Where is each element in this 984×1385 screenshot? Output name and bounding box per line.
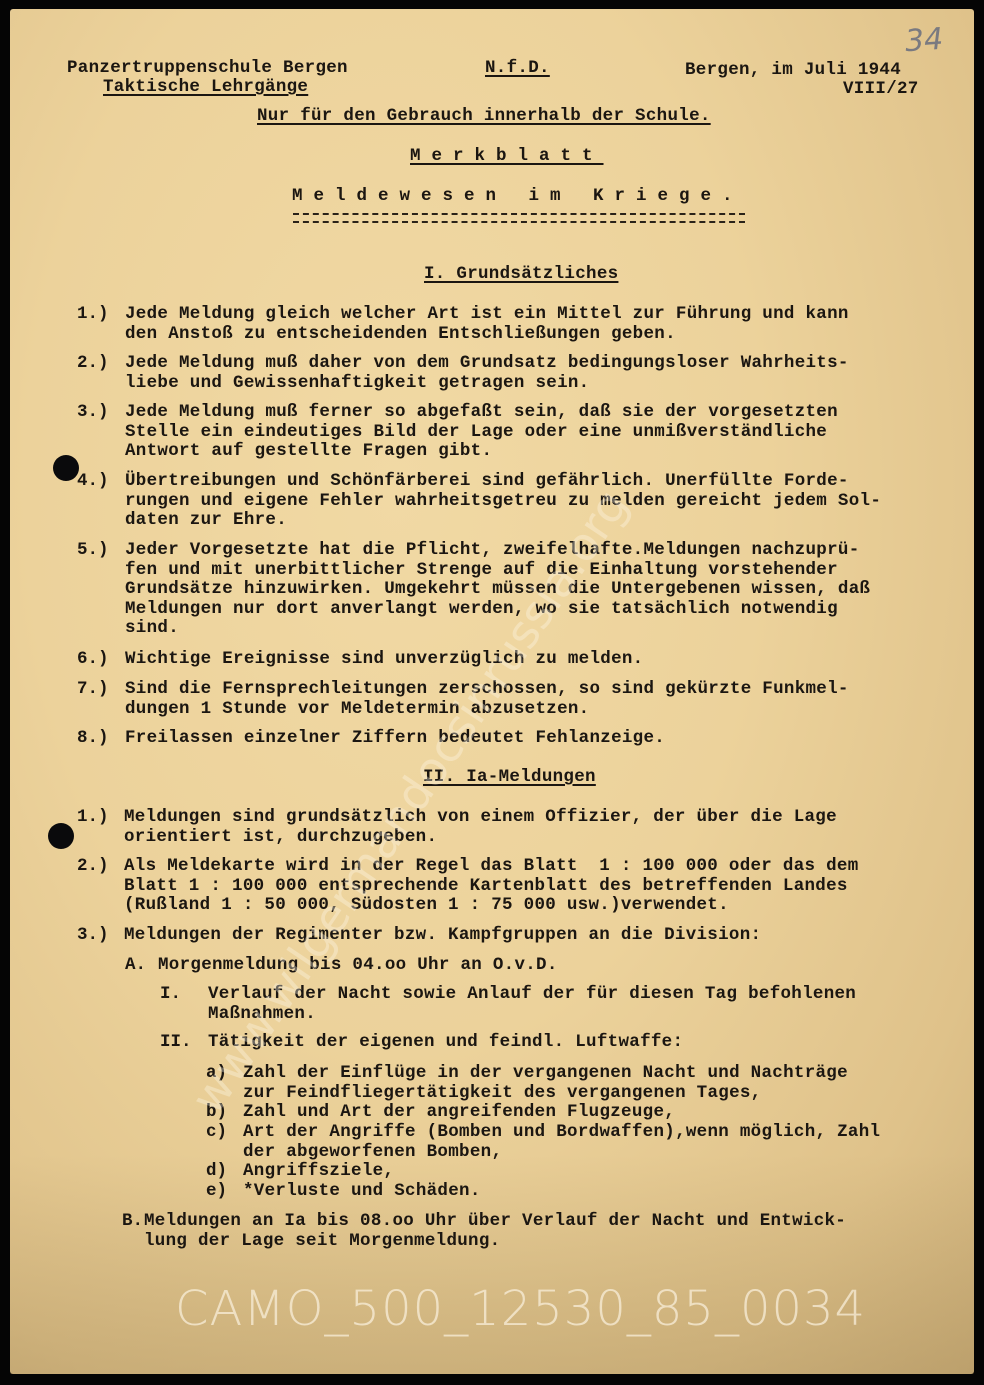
s1-item4-num: 4.): [77, 472, 109, 492]
s1-item2-text: Jede Meldung muß daher von dem Grundsatz…: [125, 354, 849, 393]
letter-a-num: a): [206, 1064, 227, 1084]
sub-a-point1-text: Verlauf der Nacht sowie Anlauf der für d…: [208, 985, 856, 1024]
letter-e-num: e): [206, 1182, 227, 1202]
letter-b-text: Zahl und Art der angreifenden Flugzeuge,: [243, 1103, 675, 1123]
section2-heading: II. Ia-Meldungen: [423, 768, 596, 788]
letter-c-text: Art der Angriffe (Bomben und Bordwaffen)…: [243, 1123, 880, 1162]
section1-heading: I. Grundsätzliches: [424, 265, 618, 285]
s1-item5-text: Jeder Vorgesetzte hat die Pflicht, zweif…: [125, 541, 870, 639]
s1-item1-text: Jede Meldung gleich welcher Art ist ein …: [125, 305, 849, 344]
s2-item1-text: Meldungen sind grundsätzlich von einem O…: [124, 808, 837, 847]
sub-b-text: Meldungen an Ia bis 08.oo Uhr über Verla…: [144, 1212, 846, 1251]
s2-item2-num: 2.): [77, 857, 109, 877]
sub-b-label: B.: [122, 1212, 143, 1232]
classification: N.f.D.: [485, 59, 550, 79]
double-underline: [293, 213, 745, 223]
sub-a-text: Morgenmeldung bis 04.oo Uhr an O.v.D.: [158, 956, 558, 976]
letter-b-num: b): [206, 1103, 227, 1123]
org-line2: Taktische Lehrgänge: [66, 78, 358, 98]
sub-a-point2-text: Tätigkeit der eigenen und feindl. Luftwa…: [208, 1033, 683, 1053]
letter-d-text: Angriffsziele,: [243, 1162, 394, 1182]
sub-a-label: A.: [125, 956, 146, 976]
s1-item1-num: 1.): [77, 305, 109, 325]
s1-item6-text: Wichtige Ereignisse sind unverzüglich zu…: [125, 650, 643, 670]
letter-c-num: c): [206, 1123, 227, 1143]
s1-item3-text: Jede Meldung muß ferner so abgefaßt sein…: [125, 403, 838, 462]
sub-a-point1-num: I.: [160, 985, 181, 1005]
s1-item3-num: 3.): [77, 403, 109, 423]
sub-a-point2-num: II.: [160, 1033, 192, 1053]
handwritten-page-number: 34: [904, 22, 945, 60]
s2-item3-text: Meldungen der Regimenter bzw. Kampfgrupp…: [124, 926, 761, 946]
s2-item1-num: 1.): [77, 808, 109, 828]
s1-item6-num: 6.): [77, 650, 109, 670]
letter-e-text: *Verluste und Schäden.: [243, 1182, 481, 1202]
punch-hole-bottom: [48, 823, 74, 849]
archive-id-watermark: CAMO_500_12530_85_0034: [175, 1281, 866, 1337]
s1-item8-num: 8.): [77, 729, 109, 749]
place-date: Bergen, im Juli 1944: [685, 61, 901, 81]
reference-number: VIII/27: [843, 80, 919, 100]
page-shading: [10, 1154, 974, 1374]
s1-item7-text: Sind die Fernsprechleitungen zerschossen…: [125, 680, 849, 719]
s2-item3-num: 3.): [77, 926, 109, 946]
s1-item8-text: Freilassen einzelner Ziffern bedeutet Fe…: [125, 729, 665, 749]
s2-item2-text: Als Meldekarte wird in der Regel das Bla…: [124, 857, 859, 916]
doc-type-title: Merkblatt: [410, 147, 604, 167]
org-line1: Panzertruppenschule Bergen: [67, 59, 348, 79]
document-page: Panzertruppenschule Bergen Taktische Leh…: [10, 9, 974, 1374]
s1-item7-num: 7.): [77, 680, 109, 700]
s1-item2-num: 2.): [77, 354, 109, 374]
letter-d-num: d): [206, 1162, 227, 1182]
s1-item5-num: 5.): [77, 541, 109, 561]
restriction-note: Nur für den Gebrauch innerhalb der Schul…: [257, 107, 711, 127]
letter-a-text: Zahl der Einflüge in der vergangenen Nac…: [243, 1064, 848, 1103]
doc-subject: Meldewesen im Kriege.: [292, 187, 744, 207]
punch-hole-top: [53, 455, 79, 481]
s1-item4-text: Übertreibungen und Schönfärberei sind ge…: [125, 472, 881, 531]
